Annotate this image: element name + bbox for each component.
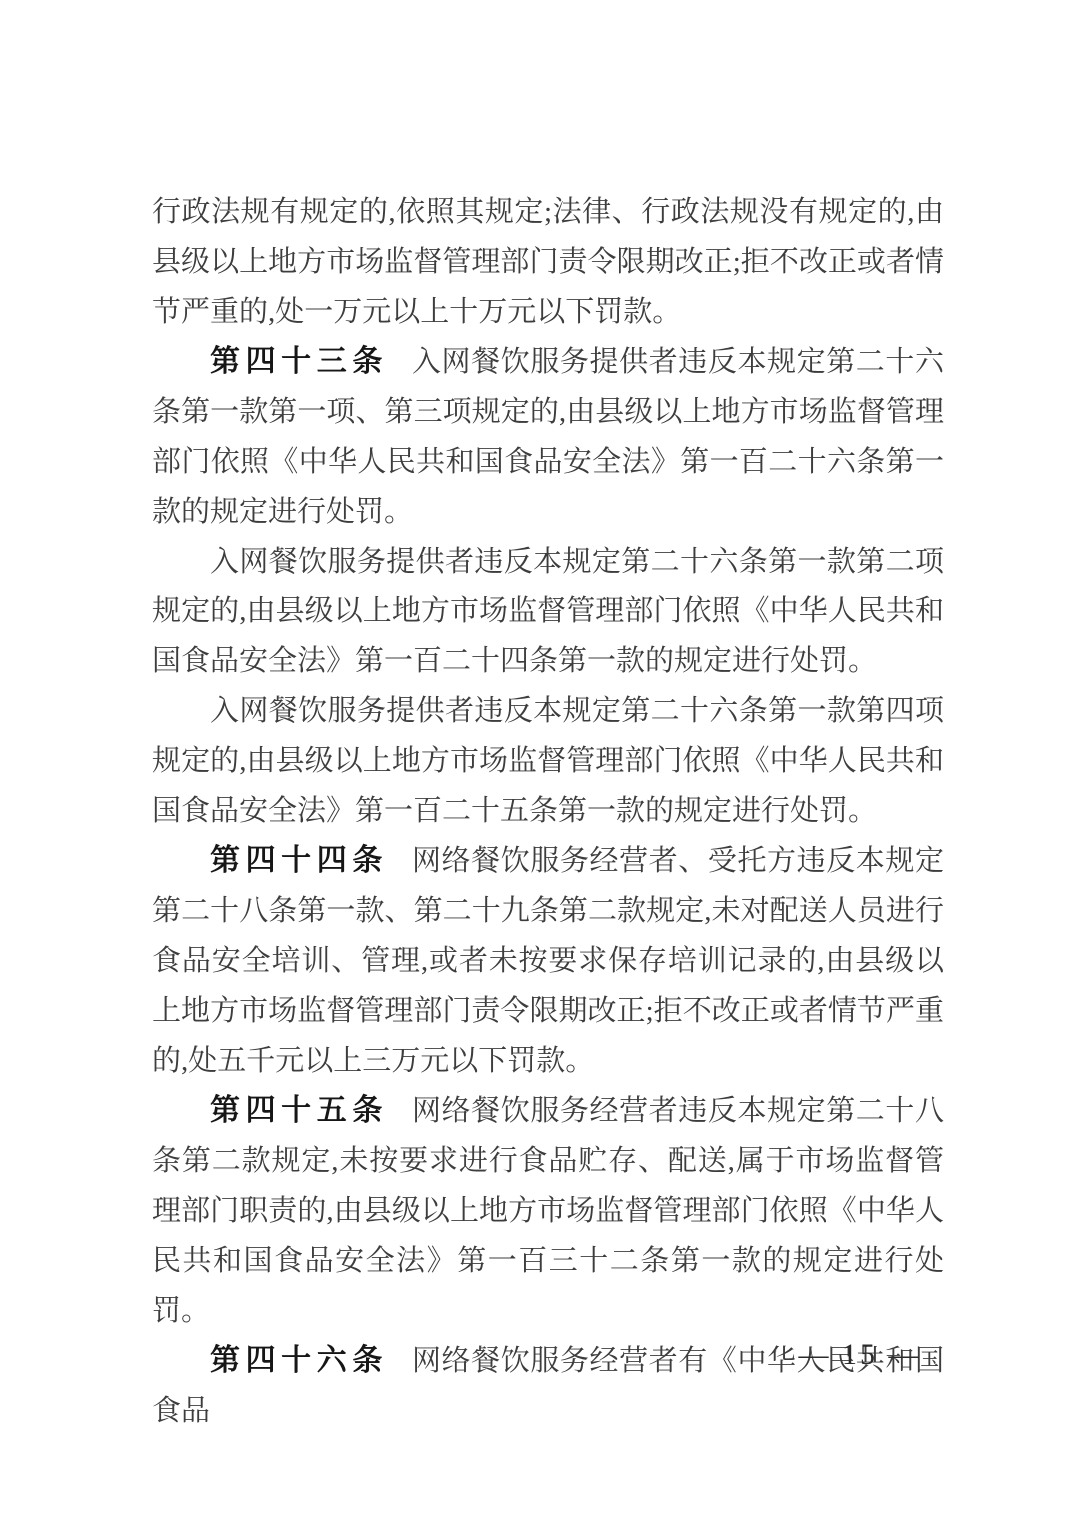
paragraph: 入网餐饮服务提供者违反本规定第二十六条第一款第二项规定的,由县级以上地方市场监督…	[152, 538, 944, 687]
article-number: 第四十六条	[210, 1344, 388, 1377]
article-number: 第四十五条	[210, 1094, 388, 1127]
paragraph-text: 入网餐饮服务提供者违反本规定第二十六条第一款第二项规定的,由县级以上地方市场监督…	[152, 546, 944, 678]
paragraph-text: 行政法规有规定的,依照其规定;法律、行政法规没有规定的,由县级以上地方市场监督管…	[152, 196, 944, 328]
paragraph: 第四十四条网络餐饮服务经营者、受托方违反本规定第二十八条第一款、第二十九条第二款…	[152, 836, 944, 1086]
paragraph: 第四十五条网络餐饮服务经营者违反本规定第二十八条第二款规定,未按要求进行食品贮存…	[152, 1086, 944, 1336]
article-number: 第四十四条	[210, 844, 388, 877]
paragraph: 入网餐饮服务提供者违反本规定第二十六条第一款第四项规定的,由县级以上地方市场监督…	[152, 687, 944, 836]
paragraph-text: 入网餐饮服务提供者违反本规定第二十六条第一款第四项规定的,由县级以上地方市场监督…	[152, 695, 944, 827]
paragraph-text: 网络餐饮服务经营者违反本规定第二十八条第二款规定,未按要求进行食品贮存、配送,属…	[152, 1095, 944, 1326]
article-number: 第四十三条	[210, 345, 388, 378]
page-number: — 15 —	[760, 1338, 960, 1372]
paragraph-text: 网络餐饮服务经营者、受托方违反本规定第二十八条第一款、第二十九条第二款规定,未对…	[152, 845, 944, 1076]
text-block: 行政法规有规定的,依照其规定;法律、行政法规没有规定的,由县级以上地方市场监督管…	[152, 188, 944, 1437]
document-page: 行政法规有规定的,依照其规定;法律、行政法规没有规定的,由县级以上地方市场监督管…	[0, 0, 1080, 1515]
paragraph: 第四十三条入网餐饮服务提供者违反本规定第二十六条第一款第一项、第三项规定的,由县…	[152, 337, 944, 537]
paragraph: 行政法规有规定的,依照其规定;法律、行政法规没有规定的,由县级以上地方市场监督管…	[152, 188, 944, 337]
